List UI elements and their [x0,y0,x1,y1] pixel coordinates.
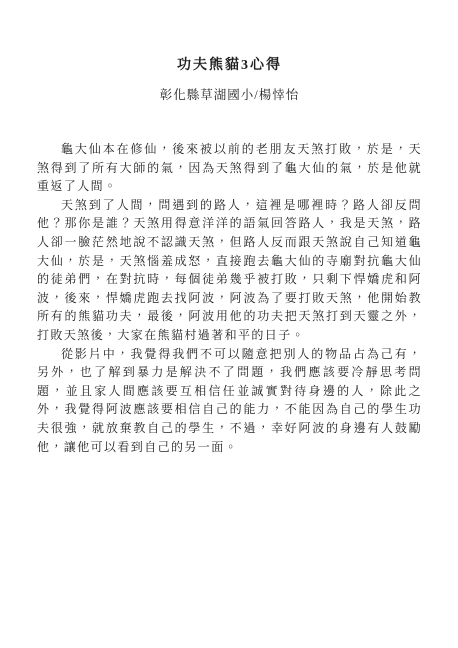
author-byline: 彰化縣草湖國小/楊悻怡 [37,88,422,103]
document-title: 功夫熊貓3心得 [37,57,422,74]
paragraph-intro: 龜大仙本在修仙，後來被以前的老朋友天煞打敗，於是，天煞得到了所有大師的氣，因為天… [37,140,422,196]
document-page: 功夫熊貓3心得 彰化縣草湖國小/楊悻怡 龜大仙本在修仙，後來被以前的老朋友天煞打… [0,0,458,648]
document-body: 龜大仙本在修仙，後來被以前的老朋友天煞打敗，於是，天煞得到了所有大師的氣，因為天… [37,140,422,456]
paragraph-story: 天煞到了人間，問遇到的路人，這裡是哪裡時？路人卻反問他？那你是誰？天煞用得意洋洋… [37,196,422,345]
paragraph-reflection: 從影片中，我覺得我們不可以隨意把別人的物品占為己有，另外，也了解到暴力是解決不了… [37,345,422,457]
